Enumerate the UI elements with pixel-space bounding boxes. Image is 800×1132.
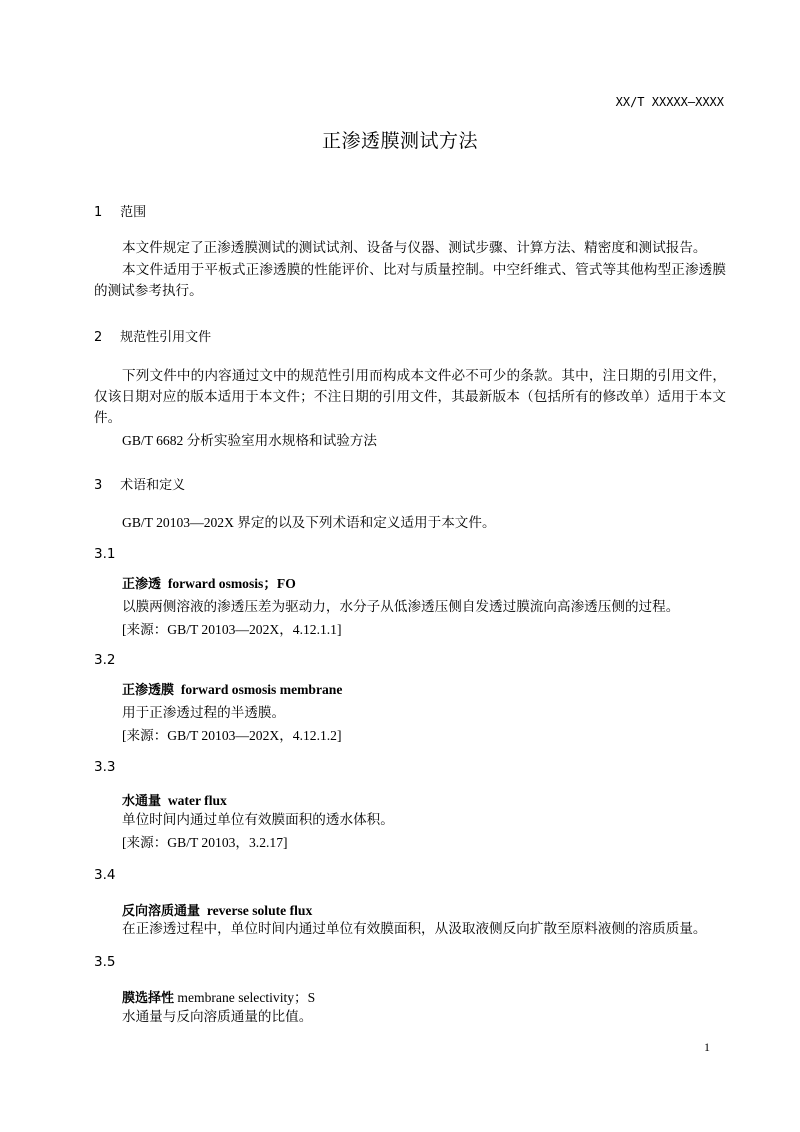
- term-source: [来源：GB/T 20103，3.2.17]: [122, 832, 288, 853]
- normative-references-paragraph: 下列文件中的内容通过文中的规范性引用而构成本文件必不可少的条款。其中，注日期的引…: [94, 365, 726, 428]
- term-zh: 水通量: [122, 794, 161, 809]
- section-title: 规范性引用文件: [120, 330, 211, 345]
- term-definition: 在正渗透过程中，单位时间内通过单位有效膜面积，从汲取液侧反向扩散至原料液侧的溶质…: [122, 918, 707, 939]
- scope-paragraph-2: 本文件适用于平板式正渗透膜的性能评价、比对与质量控制。中空纤维式、管式等其他构型…: [94, 259, 726, 301]
- term-definition: 水通量与反向溶质通量的比值。: [122, 1006, 312, 1027]
- term-number: 3.4: [94, 867, 115, 883]
- section-heading-scope: 1 范围: [94, 201, 146, 220]
- term-en: forward osmosis membrane: [181, 682, 343, 697]
- document-title: 正渗透膜测试方法: [0, 126, 800, 153]
- term-zh: 膜选择性: [122, 991, 174, 1006]
- section-number: 3: [94, 478, 116, 493]
- term-number: 3.5: [94, 954, 115, 970]
- page-number: 1: [704, 1040, 710, 1055]
- term-en: reverse solute flux: [207, 903, 312, 918]
- scope-paragraph-1: 本文件规定了正渗透膜测试的测试试剂、设备与仪器、测试步骤、计算方法、精密度和测试…: [94, 237, 726, 258]
- term-number: 3.3: [94, 759, 115, 775]
- term-definition: 以膜两侧溶液的渗透压差为驱动力，水分子从低渗透压侧自发透过膜流向高渗透压侧的过程…: [122, 596, 679, 617]
- section-heading-normative-references: 2 规范性引用文件: [94, 326, 211, 345]
- term-en: membrane selectivity；S: [177, 990, 315, 1005]
- term-source: [来源：GB/T 20103—202X，4.12.1.1]: [122, 619, 342, 640]
- section-number: 2: [94, 330, 116, 345]
- section-heading-terms-definitions: 3 术语和定义: [94, 474, 185, 493]
- term-definition: 单位时间内通过单位有效膜面积的透水体积。: [122, 809, 394, 830]
- term-heading-forward-osmosis: 正渗透 forward osmosis；FO: [122, 573, 296, 595]
- term-zh: 正渗透: [122, 577, 161, 592]
- document-page: XX/T XXXXX—XXXX 正渗透膜测试方法 1 范围 本文件规定了正渗透膜…: [0, 0, 800, 1132]
- term-zh: 反向溶质通量: [122, 904, 200, 919]
- term-source: [来源：GB/T 20103—202X，4.12.1.2]: [122, 725, 342, 746]
- term-en: forward osmosis；FO: [168, 576, 296, 591]
- term-number: 3.2: [94, 652, 115, 668]
- term-definition: 用于正渗透过程的半透膜。: [122, 702, 285, 723]
- section-title: 术语和定义: [120, 478, 185, 493]
- term-en: water flux: [168, 793, 227, 808]
- term-number: 3.1: [94, 546, 115, 562]
- term-zh: 正渗透膜: [122, 683, 174, 698]
- term-heading-forward-osmosis-membrane: 正渗透膜 forward osmosis membrane: [122, 679, 342, 701]
- standard-code: XX/T XXXXX—XXXX: [616, 95, 724, 109]
- section-number: 1: [94, 205, 116, 220]
- section-title: 范围: [120, 205, 146, 220]
- terms-intro-paragraph: GB/T 20103—202X 界定的以及下列术语和定义适用于本文件。: [122, 512, 496, 533]
- referenced-standard: GB/T 6682 分析实验室用水规格和试验方法: [122, 430, 377, 451]
